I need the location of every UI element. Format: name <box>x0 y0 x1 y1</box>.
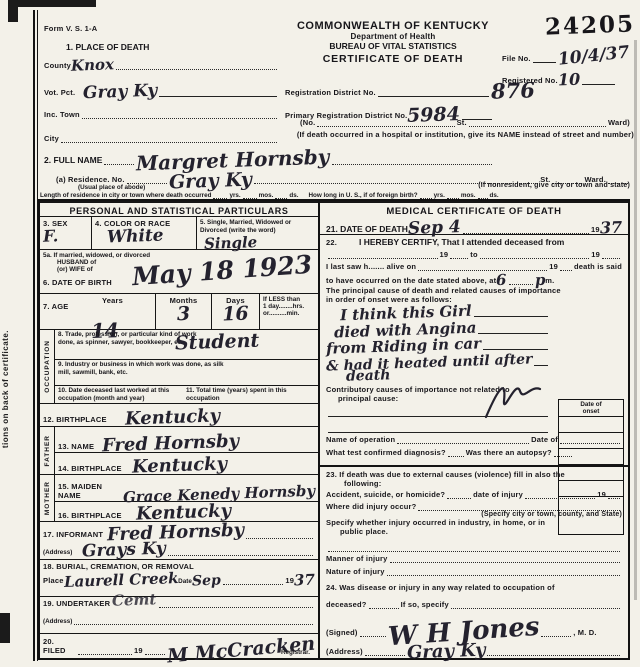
undertaker-address-label: (Address) <box>43 618 72 625</box>
inc-town-field: Inc. Town <box>44 110 279 119</box>
city-field: City <box>44 134 279 143</box>
age-years-cell: 7. AGE Years 14 <box>40 294 156 329</box>
county-field: County Knox <box>44 58 279 70</box>
years-label: Years <box>102 296 123 305</box>
registration-district-field: Registration District No. 876 <box>285 80 535 97</box>
agency-heading: COMMONWEALTH OF KENTUCKY Department of H… <box>268 20 518 65</box>
voting-precinct-field: Vot. Pct. Gray Ky <box>44 84 279 97</box>
burial-place-extra: Cemt <box>112 592 157 609</box>
registered-no-value: 10 <box>557 72 580 89</box>
inc-town-label: Inc. Town <box>44 110 80 119</box>
if-less-line2: or..........min. <box>263 310 315 317</box>
death-said-text: death is said <box>574 262 622 271</box>
st-label: St. <box>457 118 467 127</box>
cause-line: death <box>346 369 391 385</box>
date-of-onset-box: Date of onset <box>558 399 624 535</box>
md-label: , M. D. <box>573 628 596 637</box>
reg-district-label: Registration District No. <box>285 88 376 97</box>
registrar-label: Registrar. <box>281 649 310 656</box>
injury-detail-block: Manner of injury Nature of injury <box>320 539 628 581</box>
certify-text: I HEREBY CERTIFY, That I attended deceas… <box>359 237 564 247</box>
city-label: City <box>44 134 59 143</box>
father-name-value: Fred Hornsby <box>102 433 240 456</box>
right-column-title: MEDICAL CERTIFICATE OF DEATH <box>320 201 628 216</box>
scan-artifact <box>8 0 96 7</box>
mos-label: mos. <box>259 192 274 199</box>
informant-block: 17. INFORMANT Fred Hornsby (Address) Gra… <box>40 522 318 561</box>
residence-label: (a) Residence. No. <box>56 175 125 184</box>
left-column-title: PERSONAL AND STATISTICAL PARTICULARS <box>40 201 318 217</box>
occupation-fields: 8. Trade, profession, or particular kind… <box>55 330 318 403</box>
how-long-label: How long in U. S., if of foreign birth? <box>308 192 417 199</box>
mother-side-label: MOTHER <box>40 475 55 521</box>
physician-address-value: Gray Ky <box>407 642 486 663</box>
commonwealth-title: COMMONWEALTH OF KENTUCKY <box>268 20 518 32</box>
yrs-label: yrs. <box>229 192 240 199</box>
if-so-label: If so, specify <box>401 600 449 609</box>
father-name-label: 13. NAME <box>58 442 94 451</box>
vot-pct-value: Gray Ky <box>83 83 158 103</box>
trade-value: Student <box>175 332 260 354</box>
days-value: 16 <box>215 304 257 324</box>
if-less-cell: If LESS than 1 day........hrs. or.......… <box>260 294 318 329</box>
full-name-label: 2. FULL NAME <box>44 155 102 165</box>
last-worked-label: 10. Date deceased last worked at this oc… <box>58 387 186 402</box>
from-year: 19 <box>440 250 449 259</box>
to-year: 19 <box>591 250 600 259</box>
father-birthplace-label: 14. BIRTHPLACE <box>58 464 122 473</box>
dod-value: Sep 4 <box>408 219 461 238</box>
onset-label-2: onset <box>559 408 623 415</box>
if-less-title: If LESS than <box>263 296 315 303</box>
filed-year-prefix: 19 <box>134 646 143 655</box>
maiden-name-label: 15. MAIDEN NAME <box>58 482 121 500</box>
form-number: Form V. S. 1-A <box>44 24 97 33</box>
certify-block: 22. I HEREBY CERTIFY, That I attended de… <box>320 235 628 299</box>
ward-label: Ward) <box>608 118 630 127</box>
trade-field: 8. Trade, profession, or particular kind… <box>55 330 318 360</box>
birthplace-field: 12. BIRTHPLACE Kentucky <box>40 404 318 427</box>
age-days-cell: Days 16 <box>212 294 260 329</box>
certificate-title: CERTIFICATE OF DEATH <box>268 53 518 65</box>
spouse-dob-block: 5a. If married, widowed, or divorced HUS… <box>40 250 318 294</box>
last-worked-field: 10. Date deceased last worked at this oc… <box>55 386 318 403</box>
occurred-text: to have occurred on the date stated abov… <box>326 276 496 285</box>
sex-value: F. <box>43 227 89 245</box>
to-label: to <box>470 250 477 259</box>
injury-date-label: date of injury <box>473 490 523 499</box>
ds-label-2: ds. <box>490 192 499 199</box>
scan-artifact <box>8 0 18 22</box>
mos-label-2: mos. <box>461 192 476 199</box>
father-birthplace-field: 14. BIRTHPLACE Kentucky <box>55 453 318 473</box>
informant-address-value: Grays Ky <box>82 540 166 560</box>
place-of-death-heading: 1. PLACE OF DEATH <box>66 42 149 52</box>
manner-label: Manner of injury <box>326 554 388 563</box>
occupation-side-label: OCCUPATION <box>40 330 55 403</box>
m-label: m. <box>545 276 554 285</box>
occupation-question-block: 24. Was disease or injury in any way rel… <box>320 581 628 658</box>
nature-label: Nature of injury <box>326 567 385 576</box>
age-months-cell: Months 3 <box>156 294 212 329</box>
mother-maiden-field: 15. MAIDEN NAME Grace Kenedy Hornsby <box>55 475 318 502</box>
last-saw-year: 19 <box>549 262 558 271</box>
department-subtitle: Department of Health <box>268 32 518 41</box>
file-no-label: File No. <box>502 54 531 63</box>
cause-of-death-block: Date of onset I think this Girl died wit… <box>320 299 628 433</box>
scan-artifact <box>634 40 637 600</box>
sex-field: 3. SEX F. <box>40 217 92 249</box>
registered-no-field: Registered No. 10 <box>502 72 617 85</box>
race-field: 4. COLOR OR RACE White <box>92 217 197 249</box>
birthplace-label: 12. BIRTHPLACE <box>43 415 107 424</box>
no-st-ward-line: (No. St. Ward) <box>300 118 630 127</box>
burial-year-value: 37 <box>294 573 315 589</box>
signed-label: (Signed) <box>326 628 358 637</box>
father-birthplace-value: Kentucky <box>131 455 227 476</box>
certificate-body: PERSONAL AND STATISTICAL PARTICULARS 3. … <box>38 199 630 660</box>
undertaker-label: 19. UNDERTAKER <box>43 599 110 608</box>
file-no-field: File No. 10/4/37 <box>502 48 630 63</box>
ampm-value: p <box>534 273 545 288</box>
test-label: What test confirmed diagnosis? <box>326 448 446 457</box>
no-label: (No. <box>300 118 315 127</box>
burial-place-value: Laurell Creek <box>63 571 178 590</box>
physician-address-label: (Address) <box>326 647 363 656</box>
race-value: White <box>107 227 194 247</box>
accident-label: Accident, suicide, or homicide? <box>326 490 445 499</box>
mother-block: MOTHER 15. MAIDEN NAME Grace Kenedy Horn… <box>40 475 318 522</box>
father-side-label: FATHER <box>40 427 55 473</box>
file-no-value: 10/4/37 <box>558 44 631 68</box>
burial-date-label: Date <box>178 578 192 585</box>
date-of-label: Date of <box>531 435 558 444</box>
operation-label: Name of operation <box>326 435 395 444</box>
informant-label: 17. INFORMANT <box>43 530 103 539</box>
months-value: 3 <box>159 304 209 325</box>
scan-artifact <box>0 613 10 643</box>
undertaker-block: 19. UNDERTAKER Cemt (Address) <box>40 597 318 634</box>
father-name-field: 13. NAME Fred Hornsby <box>55 427 318 453</box>
marital-field: 5. Single, Married, Widowed or Divorced … <box>197 217 318 249</box>
vot-pct-label: Vot. Pct. <box>44 88 75 97</box>
margin-note: tions on back of certificate. <box>1 330 15 453</box>
dod-year-prefix: 19 <box>591 225 600 234</box>
registered-no-label: Registered No. <box>502 76 558 85</box>
where-injury-label: Where did injury occur? <box>326 502 416 511</box>
age-row: 7. AGE Years 14 Months 3 Days 16 If LESS… <box>40 294 318 330</box>
file-stamp-number: 24205 <box>545 10 636 40</box>
burial-block: 18. BURIAL, CREMATION, OR REMOVAL Place … <box>40 560 318 597</box>
sex-race-marital-row: 3. SEX F. 4. COLOR OR RACE White 5. Sing… <box>40 217 318 250</box>
date-of-death-field: 21. DATE OF DEATH Sep 4 19 37 <box>320 216 628 235</box>
if-less-line1: 1 day........hrs. <box>263 303 315 310</box>
filed-label: 20. FILED <box>43 637 76 655</box>
county-value: Knox <box>71 57 114 73</box>
nonresident-note: (If nonresident, give city or town and s… <box>430 182 630 189</box>
marital-label: 5. Single, Married, Widowed or Divorced … <box>200 219 315 235</box>
personal-particulars-heading: PERSONAL AND STATISTICAL PARTICULARS <box>70 206 289 216</box>
yrs-label-2: yrs. <box>434 192 445 199</box>
length-label: Length of residence in city or town wher… <box>40 192 211 199</box>
medical-certificate-column: MEDICAL CERTIFICATE OF DEATH 21. DATE OF… <box>320 201 628 658</box>
last-saw-text: I last saw h....... alive on <box>326 262 416 271</box>
birthplace-value: Kentucky <box>124 408 220 429</box>
industry-label: 9. Industry or business in which work wa… <box>58 361 228 376</box>
mother-birthplace-field: 16. BIRTHPLACE Kentucky <box>55 502 318 521</box>
burial-label: 18. BURIAL, CREMATION, OR REMOVAL <box>43 562 315 571</box>
mother-birthplace-label: 16. BIRTHPLACE <box>58 511 122 520</box>
industry-field: 9. Industry or business in which work wa… <box>55 360 318 386</box>
informant-address-label: (Address) <box>43 549 72 556</box>
occupation-question-1: 24. Was disease or injury in any way rel… <box>326 583 622 592</box>
hour-value: 6 <box>496 273 507 288</box>
filed-block: 20. FILED 19 M McCracken Registrar. <box>40 634 318 658</box>
autopsy-label: Was there an autopsy? <box>466 448 552 457</box>
burial-year-prefix: 19 <box>285 576 294 585</box>
county-label: County <box>44 61 71 70</box>
total-time-label: 11. Total time (years) spent in this occ… <box>186 387 315 402</box>
marital-value: Single <box>204 233 315 252</box>
burial-place-label: Place <box>43 576 64 585</box>
dod-year-value: 37 <box>599 220 622 237</box>
deceased-question: deceased? <box>326 600 367 609</box>
personal-particulars-column: PERSONAL AND STATISTICAL PARTICULARS 3. … <box>40 201 320 658</box>
father-block: FATHER 13. NAME Fred Hornsby 14. BIRTHPL… <box>40 427 318 474</box>
ds-label: ds. <box>289 192 298 199</box>
burial-date-value: Sep <box>192 574 221 589</box>
bureau-subtitle: BUREAU OF VITAL STATISTICS <box>268 41 518 51</box>
ink-scrawl <box>476 377 546 421</box>
certify-number: 22. <box>326 238 337 247</box>
principal-cause-text-1: The principal cause of death and related… <box>326 286 622 295</box>
age-label: 7. AGE <box>43 302 69 311</box>
contributory-label-1: Contributory causes of importance not re… <box>326 385 622 394</box>
dod-label: 21. DATE OF DEATH <box>326 224 408 234</box>
full-name-field: 2. FULL NAME Margret Hornsby <box>44 150 494 165</box>
occupation-block: OCCUPATION 8. Trade, profession, or part… <box>40 330 318 404</box>
medical-certificate-heading: MEDICAL CERTIFICATE OF DEATH <box>386 206 561 217</box>
hospital-note: (If death occurred in a hospital or inst… <box>252 130 634 139</box>
